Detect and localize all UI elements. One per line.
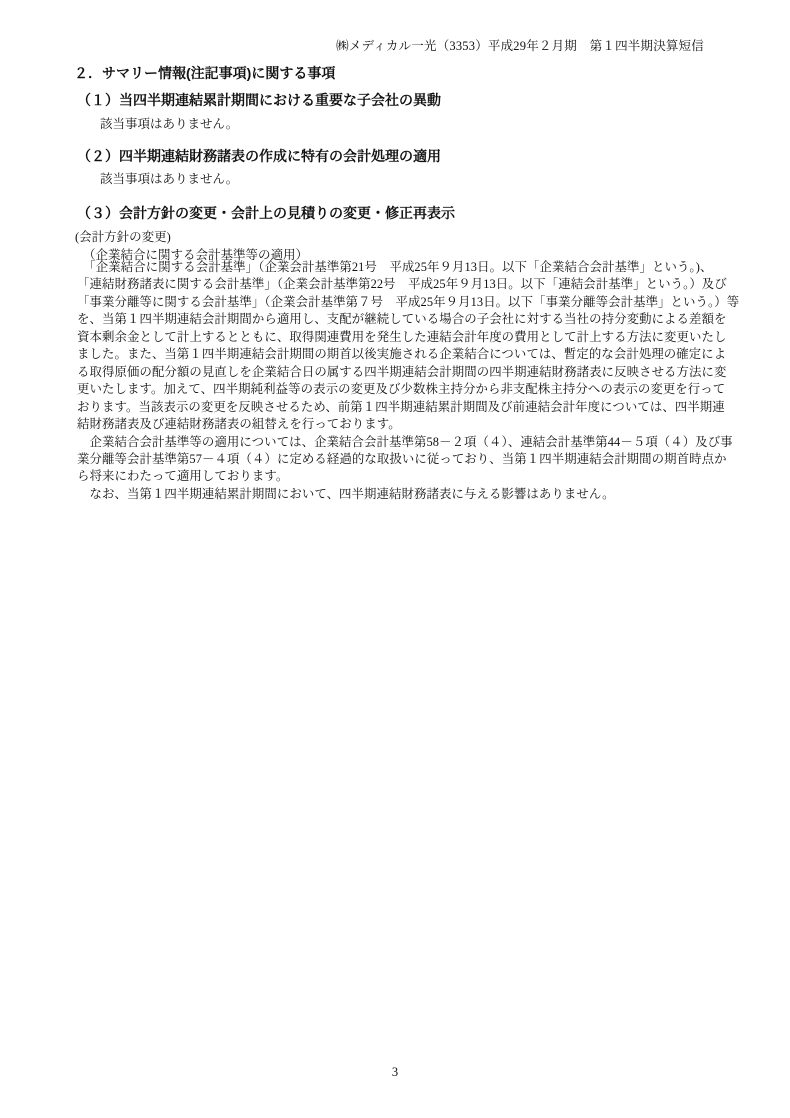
document-page: ㈱メディカル一光（3353）平成29年２月期 第１四半期決算短信 ２．サマリー情… — [0, 0, 790, 1118]
subsection-1-heading: （１）当四半期連結累計期間における重要な子会社の異動 — [77, 90, 441, 110]
subsection-3-body-text: 「企業結合に関する会計基準」（企業会計基準第21号 平成25年９月13日。以下「… — [77, 259, 745, 503]
subsection-2-body: 該当事項はありません。 — [100, 169, 238, 187]
section-title: ２．サマリー情報(注記事項)に関する事項 — [74, 63, 335, 83]
document-header: ㈱メディカル一光（3353）平成29年２月期 第１四半期決算短信 — [336, 36, 704, 54]
subsection-3-heading: （３）会計方針の変更・会計上の見積りの変更・修正再表示 — [77, 203, 455, 223]
page-number: 3 — [0, 1065, 790, 1080]
subsection-1-body: 該当事項はありません。 — [100, 114, 238, 132]
accounting-policy-change-label: (会計方針の変更) — [75, 227, 171, 245]
subsection-2-heading: （２）四半期連結財務諸表の作成に特有の会計処理の適用 — [77, 146, 441, 166]
